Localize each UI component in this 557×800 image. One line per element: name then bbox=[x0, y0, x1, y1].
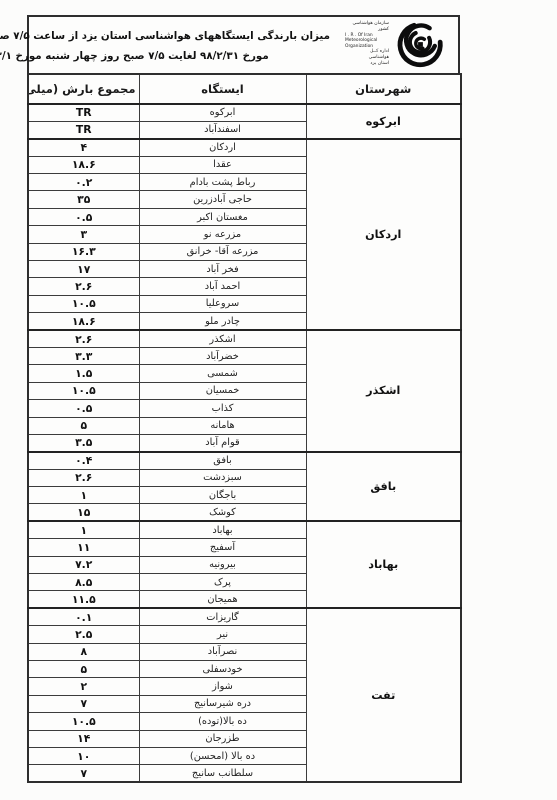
county-cell: بافق bbox=[306, 452, 461, 522]
station-cell: رباط پشت بادام bbox=[139, 174, 306, 191]
station-cell: شمسی bbox=[139, 365, 306, 382]
rainfall-report-sheet: سازمان هواشناسی کشور I . R . Of Iran Met… bbox=[27, 15, 460, 783]
county-cell: تفت bbox=[306, 608, 461, 782]
county-cell: اردکان bbox=[306, 139, 461, 330]
logo-caption-fa-top: سازمان هواشناسی کشور bbox=[352, 21, 389, 32]
logo-caption-fa-2: هواشناسی bbox=[369, 55, 389, 60]
met-organization-logo: سازمان هواشناسی کشور I . R . Of Iran Met… bbox=[336, 18, 458, 72]
station-cell: کوشک bbox=[139, 504, 306, 521]
rainfall-value-cell: ۷ bbox=[28, 695, 139, 712]
rainfall-value-cell: ۱۱.۵ bbox=[28, 591, 139, 608]
station-cell: کذاب bbox=[139, 400, 306, 417]
rainfall-value-cell: ۷ bbox=[28, 765, 139, 782]
station-cell: خمسیان bbox=[139, 382, 306, 399]
rainfall-value-cell: ۰.۵ bbox=[28, 208, 139, 225]
rainfall-value-cell: ۲ bbox=[28, 678, 139, 695]
station-cell: خضرآباد bbox=[139, 347, 306, 364]
column-header-county: شهرستان bbox=[306, 74, 461, 104]
station-cell: احمد آباد bbox=[139, 278, 306, 295]
rainfall-value-cell: ۰.۴ bbox=[28, 452, 139, 469]
station-cell: حاجی آبادزرین bbox=[139, 191, 306, 208]
rainfall-value-cell: ۱۱ bbox=[28, 539, 139, 556]
station-cell: هامانه bbox=[139, 417, 306, 434]
station-cell: ده بالا (امحسن) bbox=[139, 747, 306, 764]
station-cell: آسفیج bbox=[139, 539, 306, 556]
station-cell: مزرعه نو bbox=[139, 226, 306, 243]
station-cell: قوام آباد bbox=[139, 434, 306, 451]
rainfall-value-cell: ۱۴ bbox=[28, 730, 139, 747]
rainfall-value-cell: ۱.۵ bbox=[28, 365, 139, 382]
rainfall-value-cell: ۳۵ bbox=[28, 191, 139, 208]
rainfall-value-cell: ۱ bbox=[28, 487, 139, 504]
county-cell: بهاباد bbox=[306, 521, 461, 608]
county-cell: اشکذر bbox=[306, 330, 461, 452]
rainfall-value-cell: ۱۵ bbox=[28, 504, 139, 521]
rainfall-value-cell: ۳ bbox=[28, 226, 139, 243]
rainfall-value-cell: ۰.۱ bbox=[28, 608, 139, 625]
rainfall-value-cell: ۱ bbox=[28, 521, 139, 538]
rainfall-value-cell: ۲.۶ bbox=[28, 278, 139, 295]
rainfall-value-cell: ۸ bbox=[28, 643, 139, 660]
rainfall-value-cell: ۲.۵ bbox=[28, 626, 139, 643]
rainfall-value-cell: ۵ bbox=[28, 417, 139, 434]
logo-caption-fa-1: اداره کــل bbox=[370, 49, 389, 54]
rainfall-value-cell: ۱۰.۵ bbox=[28, 713, 139, 730]
station-cell: فخر آباد bbox=[139, 261, 306, 278]
county-cell: ابرکوه bbox=[306, 104, 461, 139]
table-row: اردکاناردکان۴ bbox=[28, 139, 461, 156]
station-cell: ده بالا(توده) bbox=[139, 713, 306, 730]
station-cell: گاریزات bbox=[139, 608, 306, 625]
station-cell: اسفندآباد bbox=[139, 121, 306, 138]
table-row: تفتگاریزات۰.۱ bbox=[28, 608, 461, 625]
table-row: ابرکوهابرکوهTR bbox=[28, 104, 461, 121]
report-title-line-2: مورخ ۹۸/۲/۳۱ لغایت ۷/۵ صبح روز چهار شنبه… bbox=[0, 46, 330, 66]
station-cell: بافق bbox=[139, 452, 306, 469]
table-row: اشکذراشکذر۲.۶ bbox=[28, 330, 461, 347]
station-cell: بهاباد bbox=[139, 521, 306, 538]
station-cell: سبزدشت bbox=[139, 469, 306, 486]
rainfall-value-cell: ۲.۶ bbox=[28, 469, 139, 486]
station-cell: سروعلیا bbox=[139, 295, 306, 312]
rainfall-value-cell: ۳.۵ bbox=[28, 434, 139, 451]
report-title-line-1: میزان بارندگی ایستگاههای هواشناسی استان … bbox=[0, 26, 330, 46]
rainfall-value-cell: ۱۶.۳ bbox=[28, 243, 139, 260]
rainfall-value-cell: ۰.۵ bbox=[28, 400, 139, 417]
rainfall-value-cell: ۷.۲ bbox=[28, 556, 139, 573]
station-cell: طزرجان bbox=[139, 730, 306, 747]
logo-caption-fa-3: استان یزد bbox=[370, 61, 389, 66]
cyclone-spiral-icon bbox=[391, 21, 449, 69]
station-cell: بیرونیه bbox=[139, 556, 306, 573]
rainfall-value-cell: TR bbox=[28, 104, 139, 121]
station-cell: پرک bbox=[139, 574, 306, 591]
rainfall-value-cell: ۱۷ bbox=[28, 261, 139, 278]
column-header-station: ایستگاه bbox=[139, 74, 306, 104]
station-cell: عقدا bbox=[139, 156, 306, 173]
rainfall-value-cell: ۳.۳ bbox=[28, 347, 139, 364]
rainfall-value-cell: ۴ bbox=[28, 139, 139, 156]
station-cell: چادر ملو bbox=[139, 313, 306, 330]
rainfall-value-cell: ۵ bbox=[28, 661, 139, 678]
station-cell: سلطانب سانیج bbox=[139, 765, 306, 782]
column-header-value: مجموع بارش (میلی متر) bbox=[28, 74, 139, 104]
rainfall-value-cell: ۱۰ bbox=[28, 747, 139, 764]
station-cell: شواز bbox=[139, 678, 306, 695]
rainfall-value-cell: TR bbox=[28, 121, 139, 138]
rainfall-value-cell: ۱۸.۶ bbox=[28, 156, 139, 173]
station-cell: همیجان bbox=[139, 591, 306, 608]
rainfall-table: شهرستان ایستگاه مجموع بارش (میلی متر) اب… bbox=[27, 73, 462, 783]
rainfall-value-cell: ۰.۲ bbox=[28, 174, 139, 191]
report-title: میزان بارندگی ایستگاههای هواشناسی استان … bbox=[0, 24, 336, 66]
rainfall-value-cell: ۱۰.۵ bbox=[28, 295, 139, 312]
logo-caption: سازمان هواشناسی کشور I . R . Of Iran Met… bbox=[345, 21, 389, 66]
rainfall-value-cell: ۸.۵ bbox=[28, 574, 139, 591]
station-cell: نیر bbox=[139, 626, 306, 643]
rainfall-value-cell: ۱۰.۵ bbox=[28, 382, 139, 399]
station-cell: مغستان اکبر bbox=[139, 208, 306, 225]
station-cell: اشکذر bbox=[139, 330, 306, 347]
table-row: بافقبافق۰.۴ bbox=[28, 452, 461, 469]
table-header-row: شهرستان ایستگاه مجموع بارش (میلی متر) bbox=[28, 74, 461, 104]
table-row: بهابادبهاباد۱ bbox=[28, 521, 461, 538]
station-cell: باجگان bbox=[139, 487, 306, 504]
station-cell: مزرعه آقا- خرانق bbox=[139, 243, 306, 260]
rainfall-value-cell: ۱۸.۶ bbox=[28, 313, 139, 330]
station-cell: ابرکوه bbox=[139, 104, 306, 121]
station-cell: خودسفلی bbox=[139, 661, 306, 678]
rainfall-value-cell: ۲.۶ bbox=[28, 330, 139, 347]
station-cell: اردکان bbox=[139, 139, 306, 156]
station-cell: دره شیرسانیج bbox=[139, 695, 306, 712]
report-header: سازمان هواشناسی کشور I . R . Of Iran Met… bbox=[27, 15, 460, 73]
station-cell: نصرآباد bbox=[139, 643, 306, 660]
